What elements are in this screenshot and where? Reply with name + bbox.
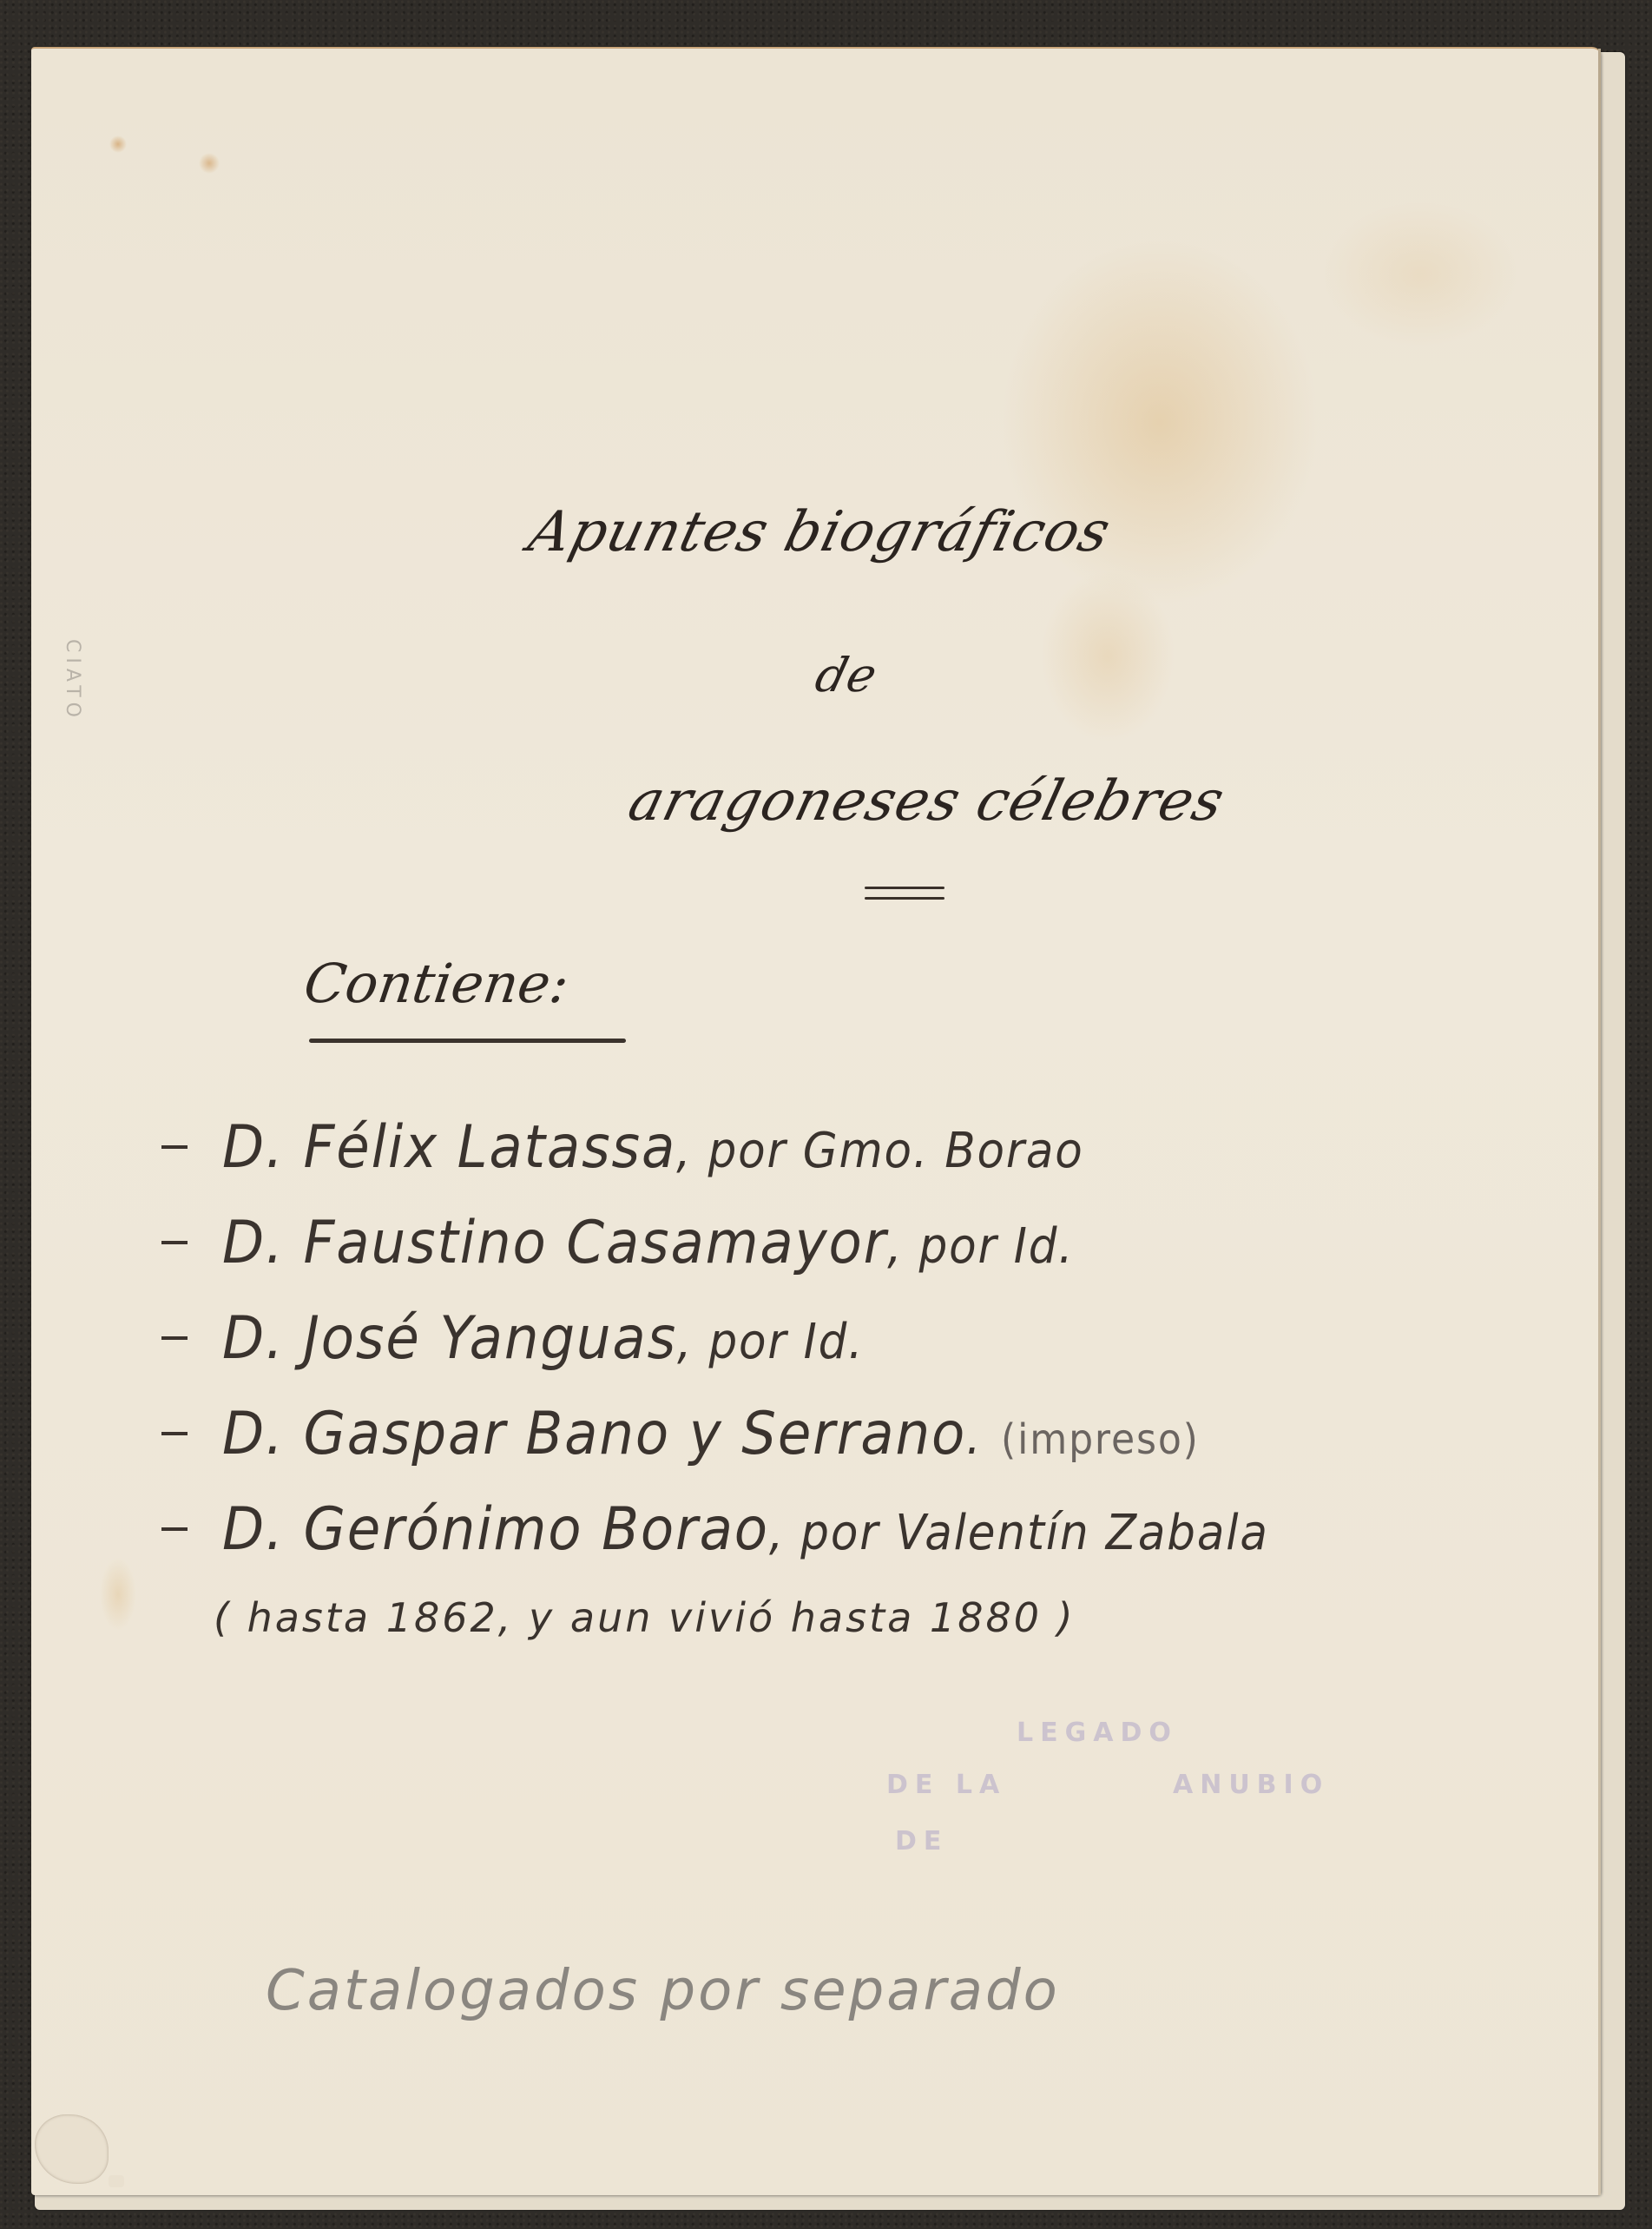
- entry-author: , por Valentín Zabala: [769, 1505, 1269, 1561]
- entry-name: Faustino Casamayor: [303, 1209, 887, 1277]
- dash-bullet-icon: [161, 1432, 188, 1435]
- dash-bullet-icon: [161, 1336, 188, 1340]
- stamp-line: DE LA: [886, 1764, 1006, 1807]
- title-double-rule-top: [865, 887, 944, 889]
- list-item: D. Félix Latassa, por Gmo. Borao: [161, 1099, 1568, 1195]
- entry-author: , por Id.: [677, 1314, 864, 1370]
- contents-heading: Contiene:: [300, 952, 573, 1015]
- entry-prefix: D.: [222, 1304, 285, 1373]
- entry-author: .: [966, 1409, 982, 1466]
- entry-prefix: D.: [222, 1209, 285, 1277]
- entry-author: , por Id.: [887, 1218, 1074, 1275]
- title-line-2: de: [810, 648, 883, 702]
- list-item: D. José Yanguas, por Id.: [161, 1290, 1568, 1386]
- contents-list: D. Félix Latassa, por Gmo. Borao D. Faus…: [161, 1099, 1568, 1577]
- torn-paper-fragment: [109, 2175, 124, 2187]
- stamp-line: ANUBIO: [1173, 1764, 1329, 1807]
- entry-name: Félix Latassa: [303, 1113, 676, 1182]
- entry-name: José Yanguas: [303, 1304, 677, 1373]
- entry-name: Gaspar Bano y Serrano: [303, 1400, 966, 1468]
- list-item: D. Gaspar Bano y Serrano. (impreso): [161, 1386, 1568, 1481]
- stamp-line: LEGADO: [1017, 1711, 1178, 1755]
- manuscript-page: CIATO Apuntes biográficos de aragoneses …: [31, 47, 1601, 2195]
- list-item: D. Gerónimo Borao, por Valentín Zabala: [161, 1481, 1568, 1577]
- dash-bullet-icon: [161, 1527, 188, 1531]
- library-stamp: LEGADO DE LA ANUBIO DE: [886, 1711, 1399, 1876]
- entry-pencil-note: (impreso): [1001, 1415, 1200, 1464]
- title-line-1: Apuntes biográficos: [523, 500, 1117, 564]
- list-item: D. Faustino Casamayor, por Id.: [161, 1195, 1568, 1290]
- entry-name: Gerónimo Borao: [303, 1495, 768, 1564]
- title-line-3: aragoneses célebres: [622, 769, 1231, 834]
- dash-bullet-icon: [161, 1145, 188, 1149]
- dash-bullet-icon: [161, 1241, 188, 1244]
- margin-stamp: CIATO: [62, 639, 83, 722]
- entry-prefix: D.: [222, 1400, 285, 1468]
- entry-subnote: ( hasta 1862, y aun vivió hasta 1880 ): [214, 1594, 1076, 1641]
- entry-author: , por Gmo. Borao: [676, 1123, 1084, 1179]
- pencil-annotation: Catalogados por separado: [266, 1959, 1060, 2023]
- title-double-rule-bottom: [865, 897, 944, 900]
- entry-prefix: D.: [222, 1495, 285, 1564]
- contents-heading-underline: [309, 1039, 626, 1043]
- stamp-line: DE: [895, 1820, 948, 1863]
- entry-prefix: D.: [222, 1113, 285, 1182]
